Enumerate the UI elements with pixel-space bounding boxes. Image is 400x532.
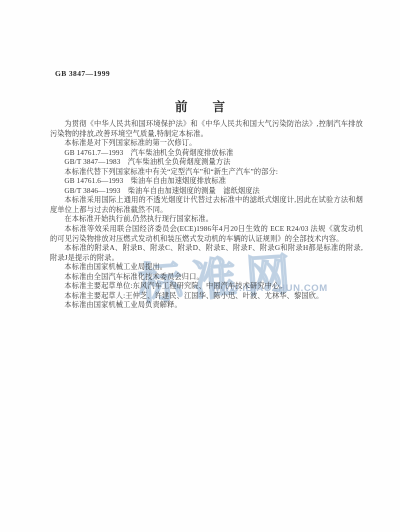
document-page: GB 3847—1999 前 言 标准网 WWW.iBIAOZHUN.COM 为… [0, 0, 400, 532]
foreword-body: 为贯彻《中华人民共和国环境保护法》和《中华人民共和国大气污染防治法》,控制汽车排… [50, 120, 363, 311]
paragraph: 本标准是对下列国家标准的第一次修订。 [50, 139, 363, 149]
paragraph: 本标准主要起草人:王仲芝、许建民、江国华、陈小迅、叶波、尤林华、黎国欣。 [50, 292, 363, 302]
standard-number: GB 3847—1999 [55, 69, 110, 78]
paragraph: 在本标准开始执行前,仍然执行现行国家标准。 [50, 215, 363, 225]
paragraph: 本标准代替下列国家标准中有关“定型汽车”和“新生产汽车”的部分: [50, 168, 363, 178]
paragraph: 本标准等效采用联合国经济委员会(ECE)1986年4月20日生效的 ECE R2… [50, 225, 363, 244]
paragraph: GB 14761.7—1993 汽车柴油机全负荷烟度排放标准 [50, 149, 363, 159]
paragraph: GB/T 3846—1993 柴油车自由加速烟度的测量 滤纸烟度法 [50, 187, 363, 197]
paragraph: 为贯彻《中华人民共和国环境保护法》和《中华人民共和国大气污染防治法》,控制汽车排… [50, 120, 363, 139]
paragraph: 本标准主要起草单位:东风汽车工程研究院、中国汽车技术研究中心。 [50, 282, 363, 292]
paragraph: 本标准由全国汽车标准化技术委员会归口。 [50, 273, 363, 283]
page-title: 前 言 [0, 97, 400, 115]
paragraph: 本标准采用国际上通用的不透光烟度计代替过去标准中的滤纸式烟度计,因此在试验方法和… [50, 196, 363, 215]
paragraph: 本标准的附录A、附录B、附录C、附录D、附录E、附录F、附录G和附录H都是标准的… [50, 244, 363, 263]
paragraph: GB 14761.6—1993 柴油车自由加速烟度排放标准 [50, 177, 363, 187]
paragraph: 本标准由国家机械工业局提出。 [50, 263, 363, 273]
paragraph: 本标准由国家机械工业局负责解释。 [50, 301, 363, 311]
paragraph: GB/T 3847—1983 汽车柴油机全负荷烟度测量方法 [50, 158, 363, 168]
